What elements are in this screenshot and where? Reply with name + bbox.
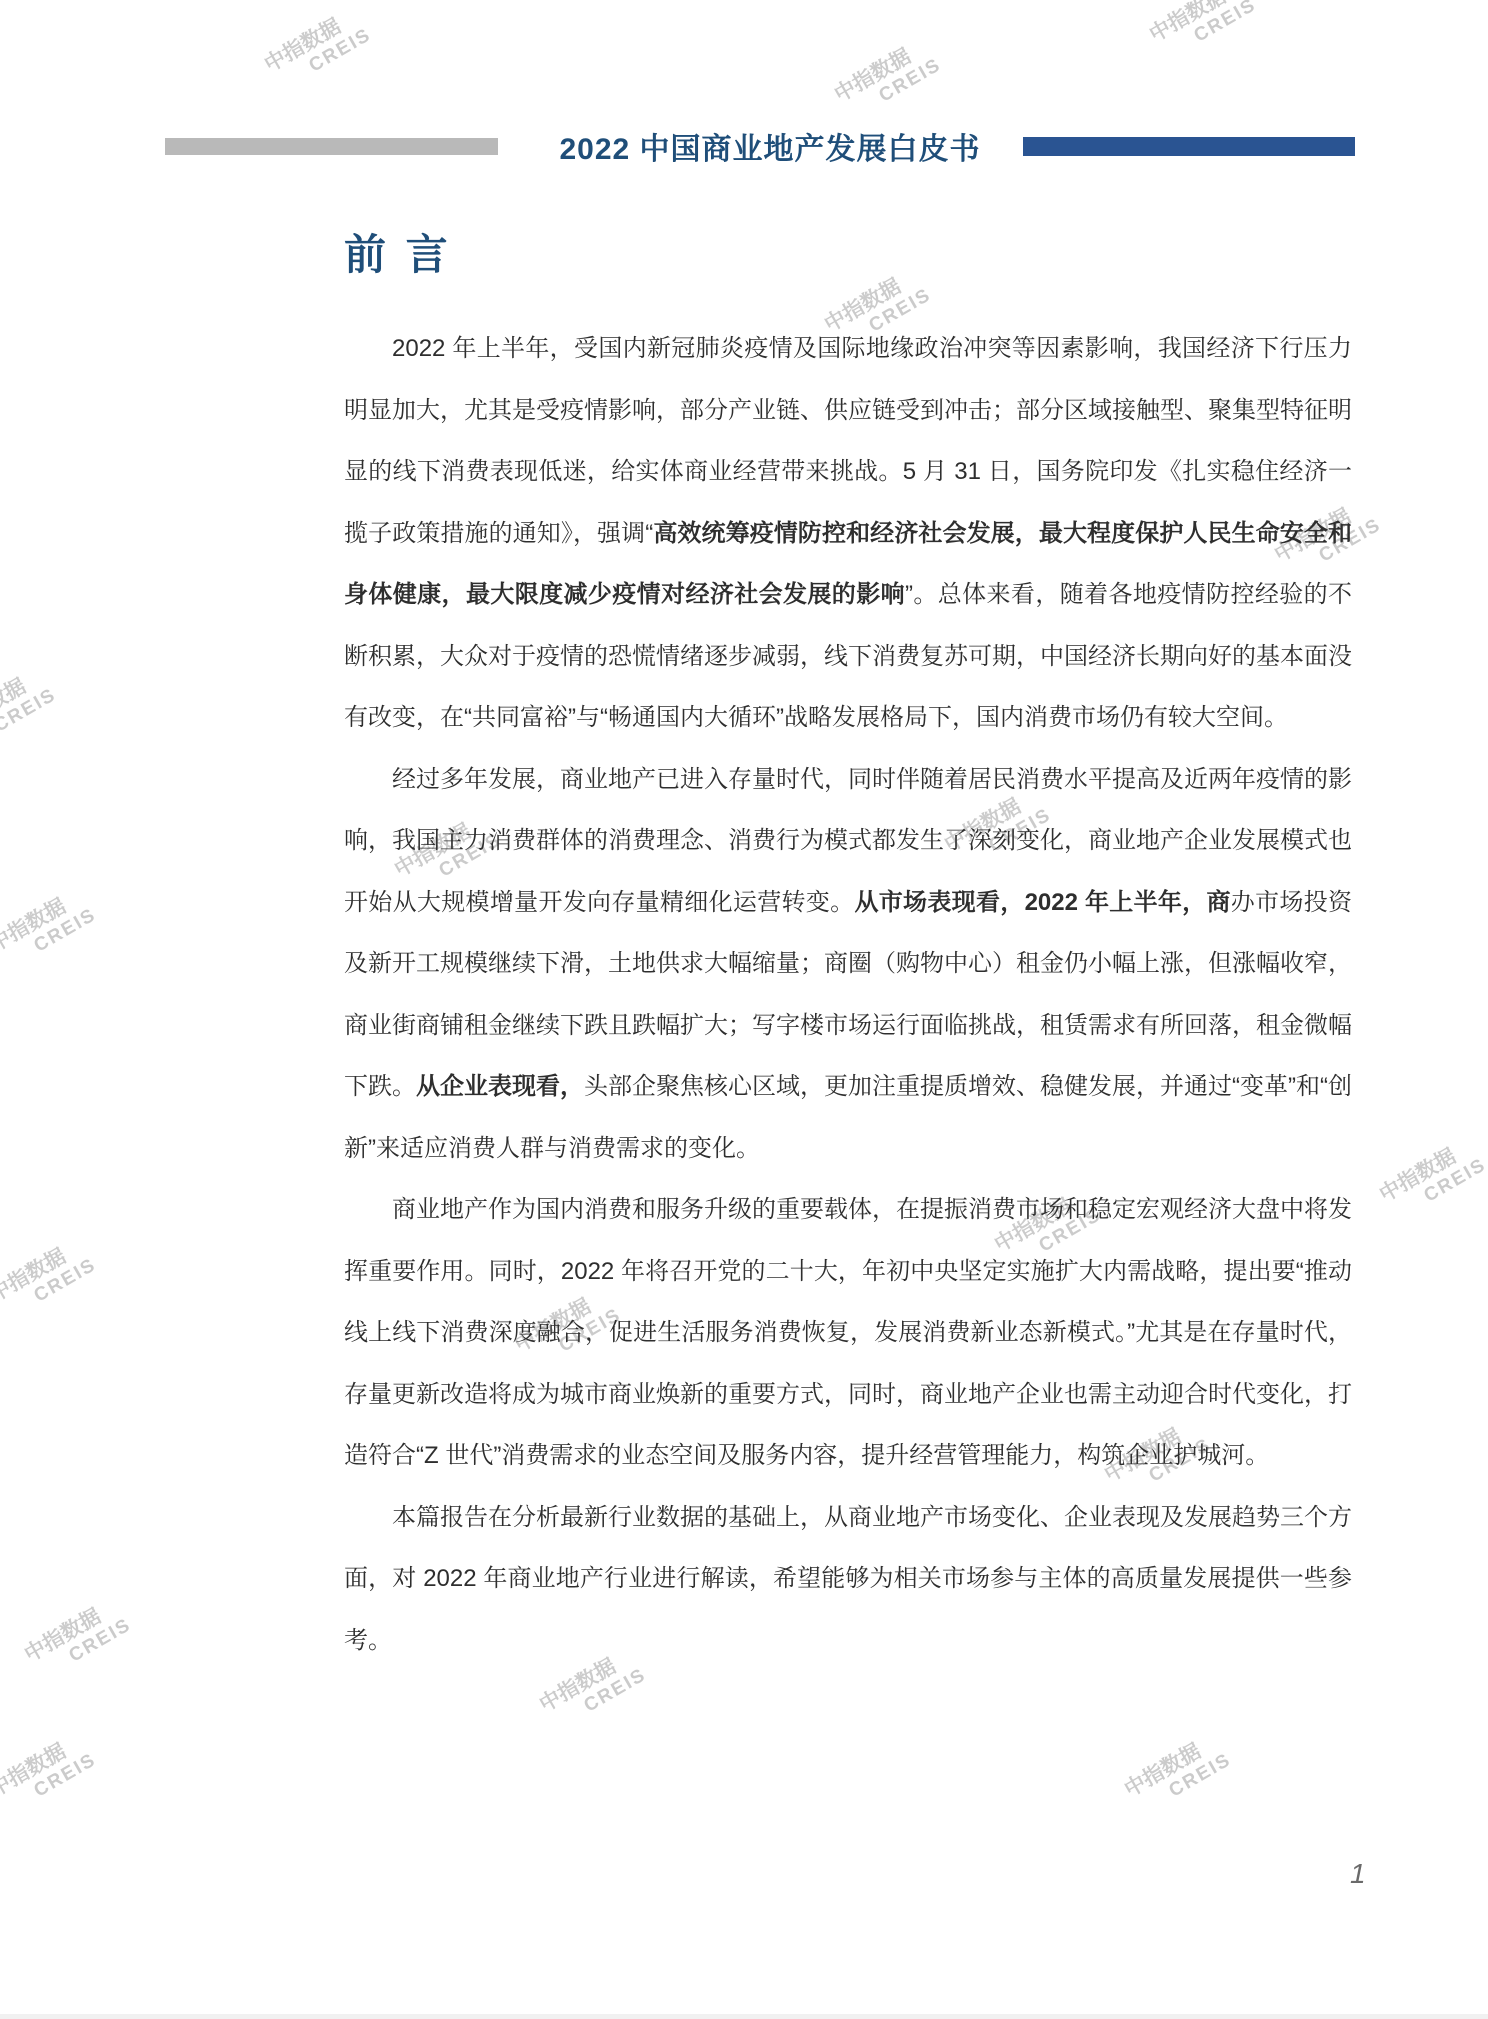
preface-paragraphs: 2022 年上半年，受国内新冠肺炎疫情及国际地缘政治冲突等因素影响，我国经济下行… [344, 318, 1352, 1671]
watermark: 中指数据CREIS [0, 664, 60, 757]
watermark: 中指数据CREIS [1121, 1729, 1236, 1822]
header-blue-bar [1023, 137, 1355, 156]
page-header: 2022 中国商业地产发展白皮书 [0, 120, 1488, 164]
section-title: 前 言 [344, 222, 452, 282]
watermark: 中指数据CREIS [1146, 0, 1261, 66]
watermark: 中指数据CREIS [0, 1729, 100, 1822]
page-bottom-edge [0, 2014, 1488, 2019]
watermark: 中指数据CREIS [261, 4, 376, 97]
watermark: 中指数据CREIS [831, 34, 946, 127]
page-number: 1 [1350, 1858, 1366, 1890]
paragraph: 经过多年发展，商业地产已进入存量时代，同时伴随着居民消费水平提高及近两年疫情的影… [344, 749, 1352, 1180]
document-page: 中指数据CREIS中指数据CREIS中指数据CREIS中指数据CREIS中指数据… [0, 0, 1488, 2019]
document-title: 2022 中国商业地产发展白皮书 [420, 124, 1120, 168]
paragraph: 商业地产作为国内消费和服务升级的重要载体，在提振消费市场和稳定宏观经济大盘中将发… [344, 1179, 1352, 1487]
watermark: 中指数据CREIS [0, 1234, 100, 1327]
watermark: 中指数据CREIS [1376, 1134, 1488, 1227]
paragraph: 2022 年上半年，受国内新冠肺炎疫情及国际地缘政治冲突等因素影响，我国经济下行… [344, 318, 1352, 749]
watermark: 中指数据CREIS [0, 884, 100, 977]
paragraph: 本篇报告在分析最新行业数据的基础上，从商业地产市场变化、企业表现及发展趋势三个方… [344, 1487, 1352, 1672]
watermark: 中指数据CREIS [21, 1594, 136, 1687]
